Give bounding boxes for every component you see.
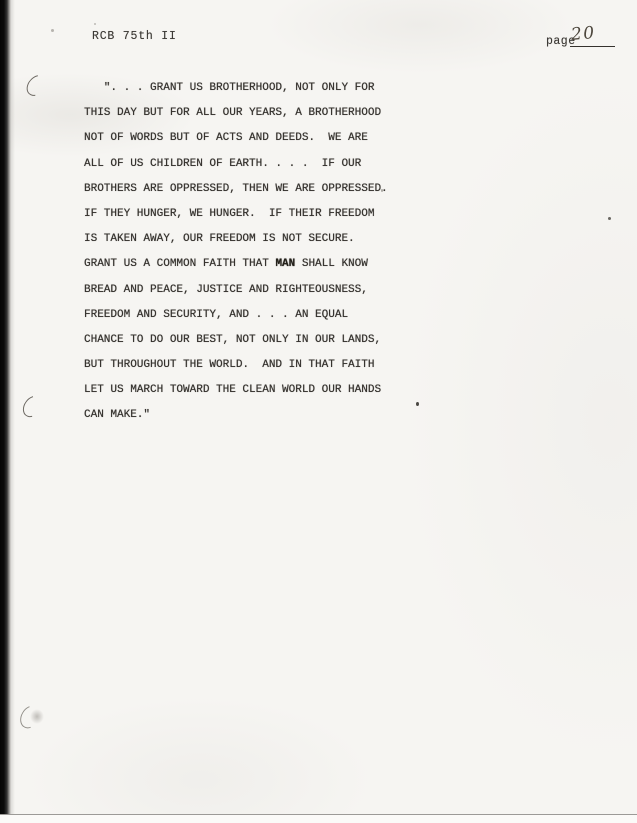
margin-arc-mark xyxy=(19,392,46,421)
typed-line: BUT THROUGHOUT THE WORLD. AND IN THAT FA… xyxy=(84,353,388,378)
scanned-page: RCB 75th II page 20 ". . . GRANT US BROT… xyxy=(0,0,637,823)
typed-line: IF THEY HUNGER, WE HUNGER. IF THEIR FREE… xyxy=(84,202,388,227)
typed-line: BROTHERS ARE OPPRESSED, THEN WE ARE OPPR… xyxy=(84,177,388,202)
page-number-underline xyxy=(570,46,615,47)
typed-line: ". . . GRANT US BROTHERHOOD, NOT ONLY FO… xyxy=(84,76,388,101)
handwritten-page-number: 20 xyxy=(570,23,596,45)
typed-line: NOT OF WORDS BUT OF ACTS AND DEEDS. WE A… xyxy=(84,126,388,151)
typed-line: GRANT US A COMMON FAITH THAT MAN SHALL K… xyxy=(84,252,388,277)
typed-line: BREAD AND PEACE, JUSTICE AND RIGHTEOUSNE… xyxy=(84,278,388,303)
typed-line: IS TAKEN AWAY, OUR FREEDOM IS NOT SECURE… xyxy=(84,227,388,252)
paper-bottom-edge xyxy=(0,814,637,823)
typed-line: CHANCE TO DO OUR BEST, NOT ONLY IN OUR L… xyxy=(84,328,388,353)
ink-speck xyxy=(608,217,611,220)
typed-line: ALL OF US CHILDREN OF EARTH. . . . IF OU… xyxy=(84,152,388,177)
margin-arc-mark xyxy=(23,71,51,100)
typed-line: LET US MARCH TOWARD THE CLEAN WORLD OUR … xyxy=(84,378,388,403)
ink-speck xyxy=(381,189,383,192)
document-id: RCB 75th II xyxy=(92,30,177,44)
typed-line: FREEDOM AND SECURITY, AND . . . AN EQUAL xyxy=(84,303,388,328)
page-number-field: page 20 xyxy=(546,31,626,61)
typed-line: THIS DAY BUT FOR ALL OUR YEARS, A BROTHE… xyxy=(84,101,388,126)
typed-line: CAN MAKE." xyxy=(84,403,388,428)
typed-text: ". . . GRANT US BROTHERHOOD, NOT ONLY FO… xyxy=(84,76,388,429)
ink-speck xyxy=(416,402,419,406)
ink-speck xyxy=(51,29,54,32)
ink-speck xyxy=(94,23,96,25)
pencil-smudge xyxy=(30,709,44,724)
scan-edge-left xyxy=(0,0,15,823)
